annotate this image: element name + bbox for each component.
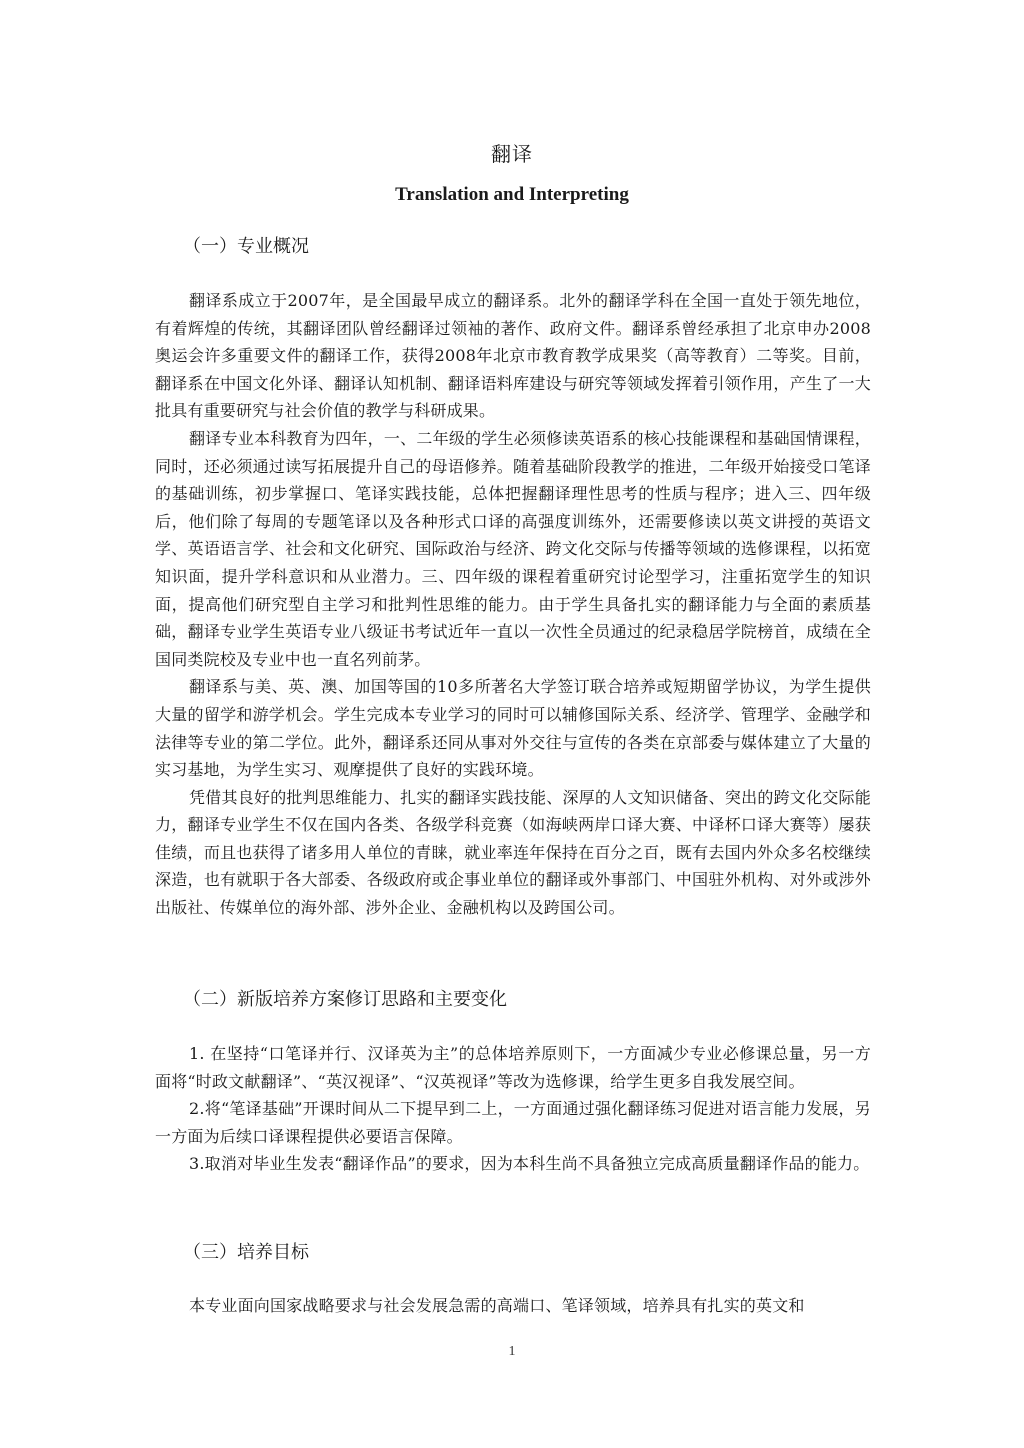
list-item: 3.取消对毕业生发表“翻译作品”的要求，因为本科生尚不具备独立完成高质量翻译作品… xyxy=(155,1150,871,1178)
section-body-overview: 翻译系成立于2007年，是全国最早成立的翻译系。北外的翻译学科在全国一直处于领先… xyxy=(155,287,871,922)
document-title-chinese: 翻译 xyxy=(0,138,1024,167)
page-number: 1 xyxy=(0,1344,1024,1360)
document-page: 翻译 Translation and Interpreting （一）专业概况 … xyxy=(0,0,1024,1448)
paragraph: 凭借其良好的批判思维能力、扎实的翻译实践技能、深厚的人文知识储备、突出的跨文化交… xyxy=(155,784,871,922)
document-title-english: Translation and Interpreting xyxy=(0,184,1024,206)
paragraph: 翻译系成立于2007年，是全国最早成立的翻译系。北外的翻译学科在全国一直处于领先… xyxy=(155,287,871,425)
paragraph: 翻译系与美、英、澳、加国等国的10多所著名大学签订联合培养或短期留学协议，为学生… xyxy=(155,673,871,783)
list-item: 1. 在坚持“口笔译并行、汉译英为主”的总体培养原则下，一方面减少专业必修课总量… xyxy=(155,1040,871,1095)
paragraph: 翻译专业本科教育为四年，一、二年级的学生必须修读英语系的核心技能课程和基础国情课… xyxy=(155,425,871,673)
list-item: 2.将“笔译基础”开课时间从二下提早到二上，一方面通过强化翻译练习促进对语言能力… xyxy=(155,1095,871,1150)
paragraph: 本专业面向国家战略要求与社会发展急需的高端口、笔译领域，培养具有扎实的英文和 xyxy=(155,1292,871,1320)
section-heading-revision: （二）新版培养方案修订思路和主要变化 xyxy=(183,985,899,1015)
section-body-objectives: 本专业面向国家战略要求与社会发展急需的高端口、笔译领域，培养具有扎实的英文和 xyxy=(155,1292,871,1320)
section-body-revision: 1. 在坚持“口笔译并行、汉译英为主”的总体培养原则下，一方面减少专业必修课总量… xyxy=(155,1040,871,1178)
section-heading-overview: （一）专业概况 xyxy=(183,232,899,262)
section-heading-objectives: （三）培养目标 xyxy=(183,1238,899,1268)
